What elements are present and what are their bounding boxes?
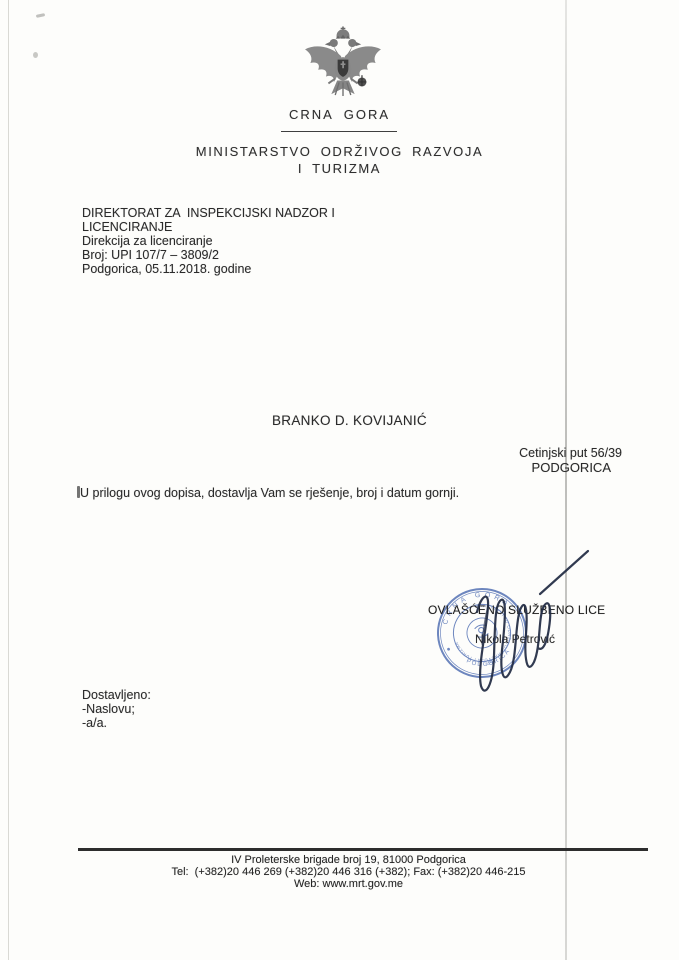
- footer-address: IV Proleterske brigade broj 19, 81000 Po…: [18, 854, 679, 866]
- sender-direction-line: Direkcija za licenciranje: [82, 235, 335, 249]
- sender-directorate-line1: DIREKTORAT ZA INSPEKCIJSKI NADZOR I: [82, 207, 335, 221]
- footer-web: Web: www.mrt.gov.me: [18, 878, 679, 890]
- sender-block: DIREKTORAT ZA INSPEKCIJSKI NADZOR I LICE…: [82, 207, 335, 277]
- scan-speck: [36, 13, 45, 18]
- footer-block: IV Proleterske brigade broj 19, 81000 Po…: [18, 854, 679, 890]
- ministry-name-line2: I TURIZMA: [0, 161, 679, 176]
- country-name: CRNA GORA: [0, 107, 679, 122]
- body-paragraph: U prilogu ovog dopisa, dostavlja Vam se …: [80, 486, 459, 500]
- sender-directorate-line2: LICENCIRANJE: [82, 221, 335, 235]
- reference-number-line: Broj: UPI 107/7 – 3809/2: [82, 249, 335, 263]
- montenegro-coat-of-arms-icon: [299, 26, 387, 98]
- footer-divider: [78, 848, 648, 851]
- place-date-line: Podgorica, 05.11.2018. godine: [82, 263, 335, 277]
- distribution-block: Dostavljeno: -Naslovu; -a/a.: [82, 688, 151, 731]
- footer-contacts: Tel: (+382)20 446 269 (+382)20 446 316 (…: [18, 866, 679, 878]
- ministry-name-line1: MINISTARSTVO ODRŽIVOG RAZVOJA: [0, 144, 679, 159]
- recipient-name: BRANKO D. KOVIJANIĆ: [272, 413, 427, 428]
- recipient-address-block: Cetinjski put 56/39 PODGORICA: [519, 446, 622, 475]
- recipient-street: Cetinjski put 56/39: [519, 446, 622, 461]
- distribution-item: -Naslovu;: [82, 702, 151, 716]
- distribution-label: Dostavljeno:: [82, 688, 151, 702]
- distribution-item: -a/a.: [82, 716, 151, 730]
- scanned-letter-page: CRNA GORA MINISTARSTVO ODRŽIVOG RAZVOJA …: [0, 0, 679, 960]
- handwritten-signature-icon: [425, 540, 605, 710]
- recipient-city: PODGORICA: [519, 461, 622, 476]
- scan-speck: [33, 52, 38, 58]
- letterhead-divider: [281, 131, 397, 132]
